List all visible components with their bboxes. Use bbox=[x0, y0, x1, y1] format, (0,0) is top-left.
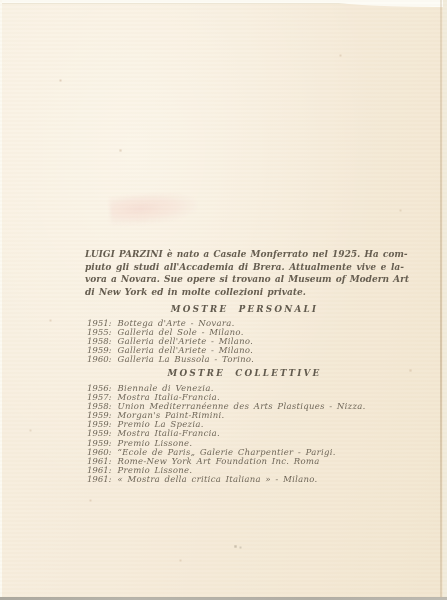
page-edge-left bbox=[0, 0, 2, 600]
year-separator: : bbox=[109, 476, 112, 485]
page-edge-right bbox=[443, 0, 447, 600]
intro-line: vora a Novara. Sue opere si trovano al M… bbox=[85, 274, 404, 287]
list-item: 1961:« Mostra della critica Italiana » -… bbox=[87, 476, 404, 485]
exhibition-label: « Mostra della critica Italiana » - Mila… bbox=[118, 476, 318, 485]
year-separator: : bbox=[109, 356, 112, 365]
book-page: LUIGI PARZINI è nato a Casale Monferrato… bbox=[0, 0, 447, 600]
intro-line: LUIGI PARZINI è nato a Casale Monferrato… bbox=[85, 249, 404, 262]
exhibition-list-collettive: 1956:Biennale di Venezia. 1957:Mostra It… bbox=[87, 385, 404, 485]
ink-smudge bbox=[109, 191, 199, 227]
exhibition-year: 1960 bbox=[87, 356, 109, 365]
intro-line: piuto gli studi all'Accademia di Brera. … bbox=[85, 262, 404, 275]
section-heading-mostre-personali: MOSTRE PERSONALI bbox=[85, 305, 404, 315]
paper-speckles bbox=[0, 0, 1, 1]
exhibition-label: Galleria La Bussola - Torino. bbox=[118, 356, 255, 365]
page-edge-top-curl bbox=[327, 0, 447, 7]
page-edge-right-crease bbox=[440, 0, 442, 600]
list-item: 1960:Galleria La Bussola - Torino. bbox=[87, 356, 404, 365]
exhibition-list-personali: 1951:Bottega d'Arte - Novara. 1955:Galle… bbox=[87, 320, 404, 365]
intro-line: di New York ed in molte collezioni priva… bbox=[85, 287, 404, 300]
section-heading-mostre-collettive: MOSTRE COLLETTIVE bbox=[85, 369, 404, 379]
intro-paragraph: LUIGI PARZINI è nato a Casale Monferrato… bbox=[85, 249, 404, 300]
exhibition-year: 1961 bbox=[87, 476, 109, 485]
